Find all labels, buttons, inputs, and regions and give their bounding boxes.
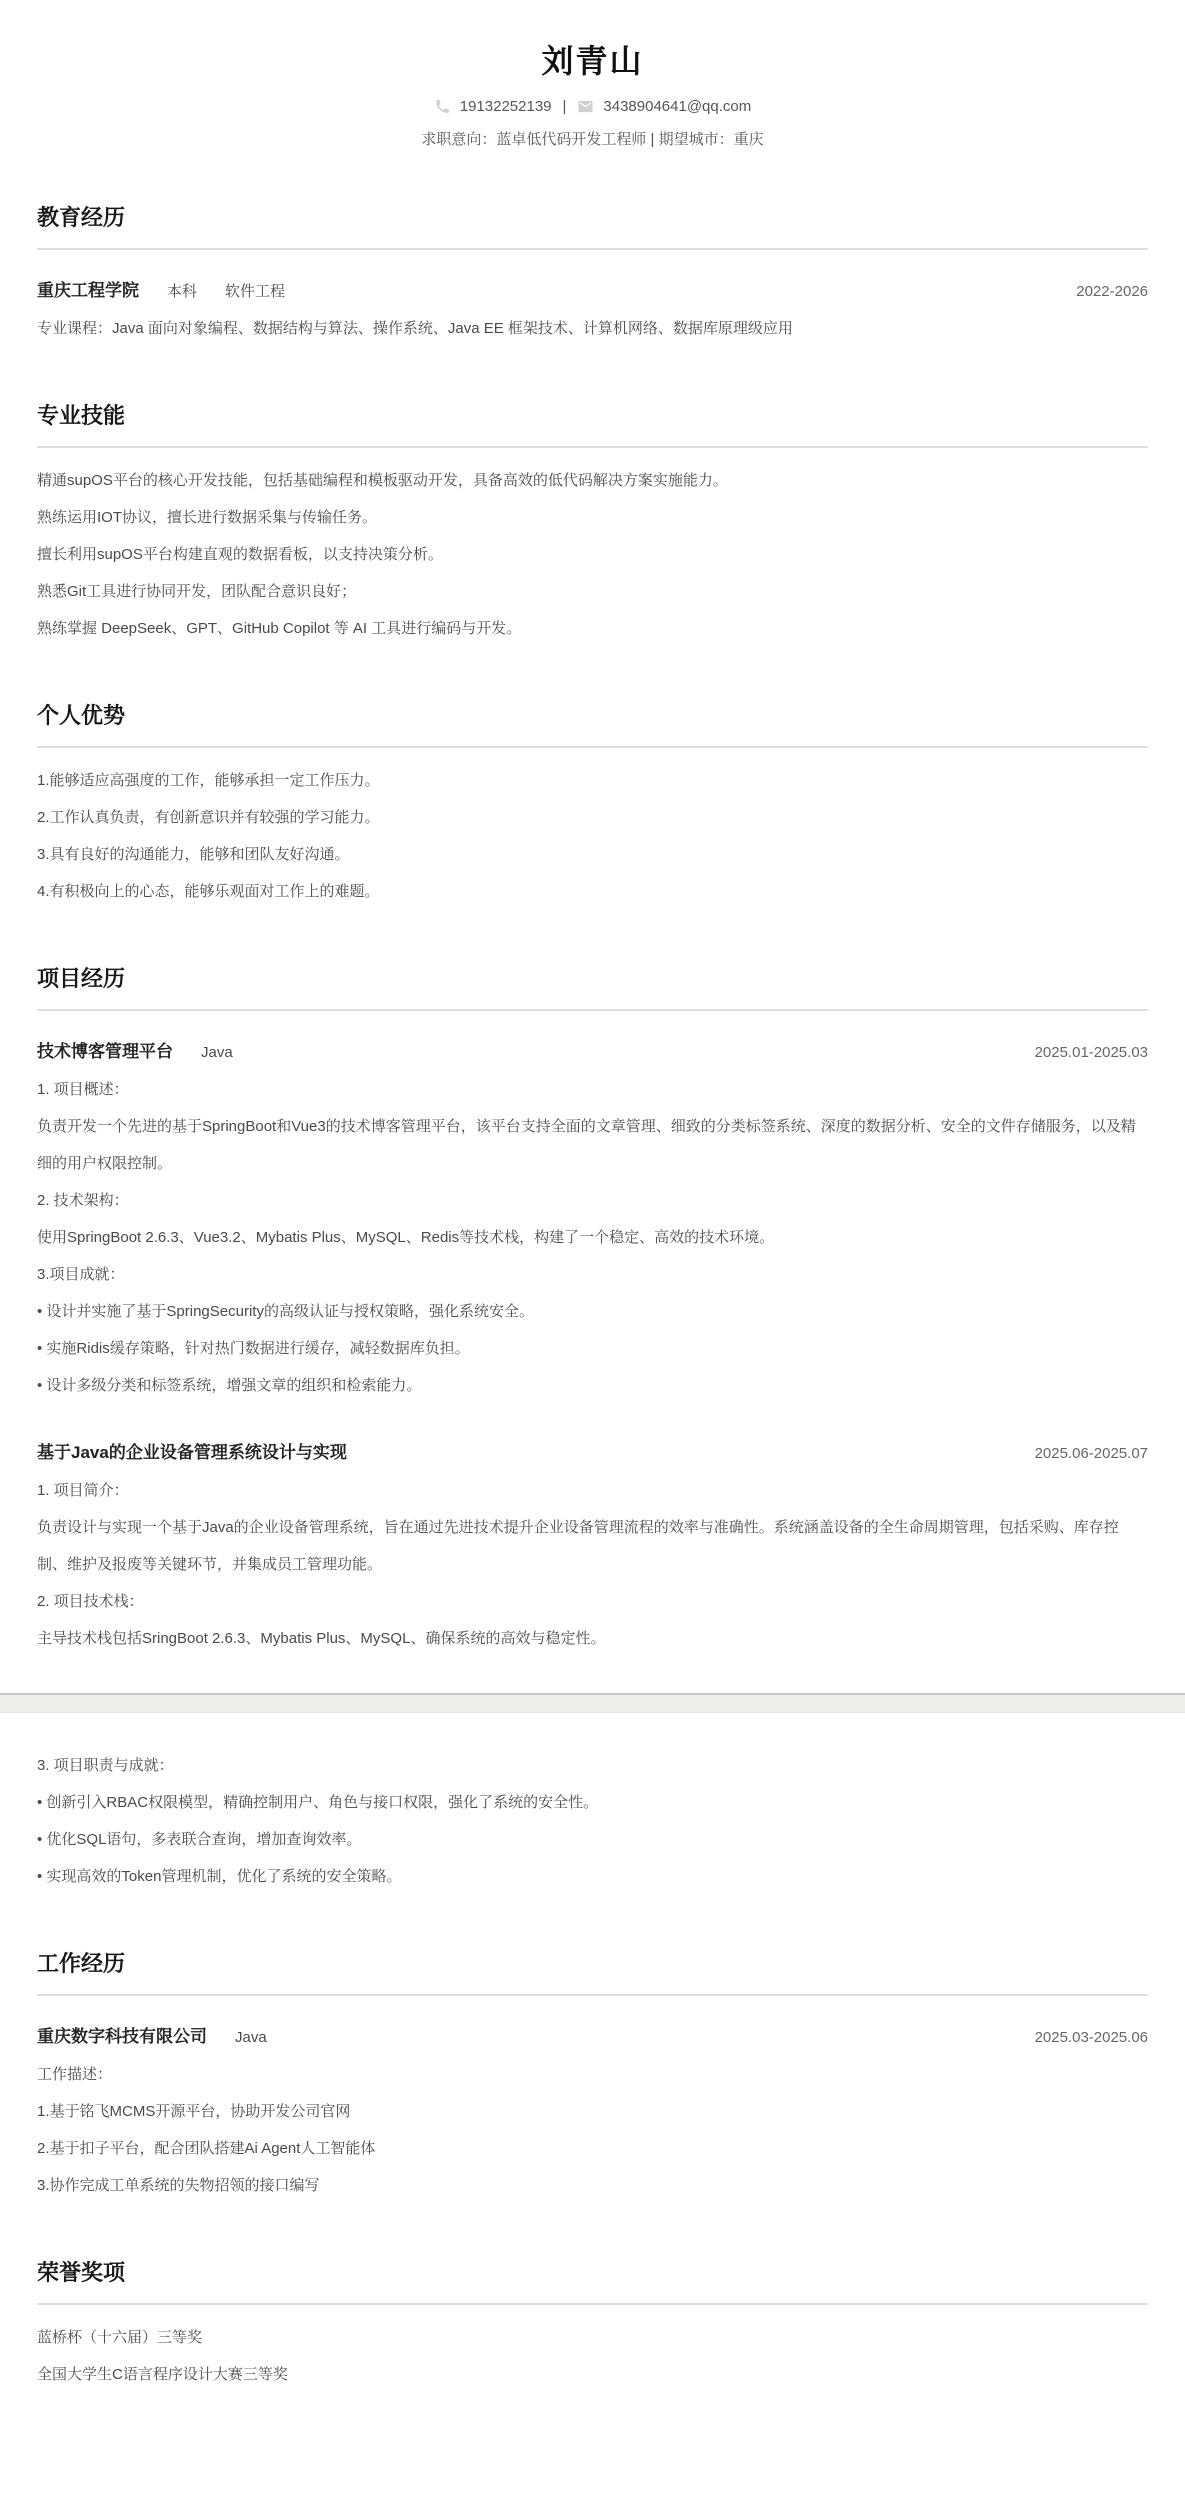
project-detail-line: 负责开发一个先进的基于SpringBoot和Vue3的技术博客管理平台，该平台支… [37,1108,1148,1182]
strength-line: 1.能够适应高强度的工作，能够承担一定工作压力。 [37,762,1148,799]
contact-separator: | [561,98,569,115]
education-period: 2022-2026 [1076,283,1148,300]
school-name: 重庆工程学院 [37,276,139,301]
project-detail-line: • 优化SQL语句，多表联合查询，增加查询效率。 [37,1821,1148,1858]
project-detail-line: • 创新引入RBAC权限模型，精确控制用户、角色与接口权限，强化了系统的安全性。 [37,1784,1148,1821]
section-projects: 项目经历 技术博客管理平台 Java 2025.01-2025.03 1. 项目… [37,964,1148,1657]
project-detail-line: 1. 项目简介： [37,1472,1148,1509]
work-detail-line: 2.基于扣子平台，配合团队搭建Ai Agent人工智能体 [37,2130,1148,2167]
work-tag: Java [235,2029,267,2046]
project-period: 2025.01-2025.03 [1035,1044,1148,1061]
project-detail-line: • 实现高效的Token管理机制，优化了系统的安全策略。 [37,1858,1148,1895]
project-detail-line: 3. 项目职责与成就： [37,1747,1148,1784]
work-title: 工作经历 [37,1949,1148,1979]
award-line: 蓝桥杯（十六届）三等奖 [37,2319,1148,2356]
section-divider [37,2303,1148,2305]
projects-title: 项目经历 [37,964,1148,994]
section-work: 工作经历 重庆数字科技有限公司 Java 2025.03-2025.06 工作描… [37,1949,1148,2204]
project-detail-line: 1. 项目概述： [37,1071,1148,1108]
degree: 本科 [167,280,197,301]
strength-line: 2.工作认真负责，有创新意识并有较强的学习能力。 [37,799,1148,836]
work-detail-line: 1.基于铭飞MCMS开源平台，协助开发公司官网 [37,2093,1148,2130]
project-detail-line: 使用SpringBoot 2.6.3、Vue3.2、Mybatis Plus、M… [37,1219,1148,1256]
project-detail-line: 主导技术栈包括SringBoot 2.6.3、Mybatis Plus、MySQ… [37,1620,1148,1657]
contact-line: 19132252139 | 3438904641@qq.com [37,98,1148,115]
education-title: 教育经历 [37,203,1148,233]
project-entry: 技术博客管理平台 Java 2025.01-2025.03 1. 项目概述： 负… [37,1037,1148,1404]
phone-icon [434,98,451,115]
work-detail-line: 3.协作完成工单系统的失物招领的接口编写 [37,2167,1148,2204]
skill-line: 熟练运用IOT协议，擅长进行数据采集与传输任务。 [37,499,1148,536]
section-strengths: 个人优势 1.能够适应高强度的工作，能够承担一定工作压力。 2.工作认真负责，有… [37,701,1148,910]
project-tag: Java [201,1044,233,1061]
bottom-whitespace [37,2393,1148,2503]
skill-line: 精通supOS平台的核心开发技能，包括基础编程和模板驱动开发，具备高效的低代码解… [37,462,1148,499]
education-courses: 专业课程：Java 面向对象编程、数据结构与算法、操作系统、Java EE 框架… [37,310,1148,347]
project-detail-line: • 设计并实施了基于SpringSecurity的高级认证与授权策略，强化系统安… [37,1293,1148,1330]
section-divider [37,1994,1148,1996]
skills-title: 专业技能 [37,401,1148,431]
strengths-title: 个人优势 [37,701,1148,731]
resume-page: 刘青山 19132252139 | 3438904641@qq.com 求职意向… [0,0,1185,2503]
award-line: 全国大学生C语言程序设计大赛三等奖 [37,2356,1148,2393]
skill-line: 熟练掌握 DeepSeek、GPT、GitHub Copilot 等 AI 工具… [37,610,1148,647]
section-awards: 荣誉奖项 蓝桥杯（十六届）三等奖 全国大学生C语言程序设计大赛三等奖 [37,2258,1148,2393]
job-intention: 求职意向：蓝卓低代码开发工程师 | 期望城市：重庆 [37,128,1148,149]
section-education: 教育经历 重庆工程学院 本科 软件工程 2022-2026 专业课程：Java … [37,203,1148,347]
project-period: 2025.06-2025.07 [1035,1445,1148,1462]
page-break-strip [0,1693,1185,1713]
skill-line: 熟悉Git工具进行协同开发，团队配合意识良好； [37,573,1148,610]
phone-number: 19132252139 [460,98,552,115]
major: 软件工程 [225,280,285,301]
project-name: 基于Java的企业设备管理系统设计与实现 [37,1438,347,1463]
work-detail-line: 工作描述： [37,2056,1148,2093]
section-divider [37,248,1148,250]
section-divider [37,746,1148,748]
project-detail-line: 负责设计与实现一个基于Java的企业设备管理系统，旨在通过先进技术提升企业设备管… [37,1509,1148,1583]
project-detail-line: • 设计多级分类和标签系统，增强文章的组织和检索能力。 [37,1367,1148,1404]
skill-line: 擅长利用supOS平台构建直观的数据看板，以支持决策分析。 [37,536,1148,573]
project-header: 技术博客管理平台 Java 2025.01-2025.03 [37,1037,1148,1062]
project-header: 基于Java的企业设备管理系统设计与实现 2025.06-2025.07 [37,1438,1148,1463]
work-entry: 重庆数字科技有限公司 Java 2025.03-2025.06 [37,2022,1148,2047]
project-entry: 基于Java的企业设备管理系统设计与实现 2025.06-2025.07 1. … [37,1438,1148,1657]
education-entry: 重庆工程学院 本科 软件工程 2022-2026 [37,276,1148,301]
work-period: 2025.03-2025.06 [1035,2029,1148,2046]
strength-line: 4.有积极向上的心态，能够乐观面对工作上的难题。 [37,873,1148,910]
awards-title: 荣誉奖项 [37,2258,1148,2288]
section-divider [37,1009,1148,1011]
company-name: 重庆数字科技有限公司 [37,2022,207,2047]
project-detail-line: • 实施Ridis缓存策略，针对热门数据进行缓存，减轻数据库负担。 [37,1330,1148,1367]
candidate-name: 刘青山 [37,38,1148,84]
email-icon [577,98,594,115]
project-entry-continued: 3. 项目职责与成就： • 创新引入RBAC权限模型，精确控制用户、角色与接口权… [37,1747,1148,1895]
project-detail-line: 2. 技术架构： [37,1182,1148,1219]
project-detail-line: 3.项目成就： [37,1256,1148,1293]
project-name: 技术博客管理平台 [37,1037,173,1062]
email-address: 3438904641@qq.com [603,98,751,115]
resume-header: 刘青山 19132252139 | 3438904641@qq.com 求职意向… [37,0,1148,149]
section-skills: 专业技能 精通supOS平台的核心开发技能，包括基础编程和模板驱动开发，具备高效… [37,401,1148,647]
strength-line: 3.具有良好的沟通能力，能够和团队友好沟通。 [37,836,1148,873]
project-detail-line: 2. 项目技术栈： [37,1583,1148,1620]
section-divider [37,446,1148,448]
